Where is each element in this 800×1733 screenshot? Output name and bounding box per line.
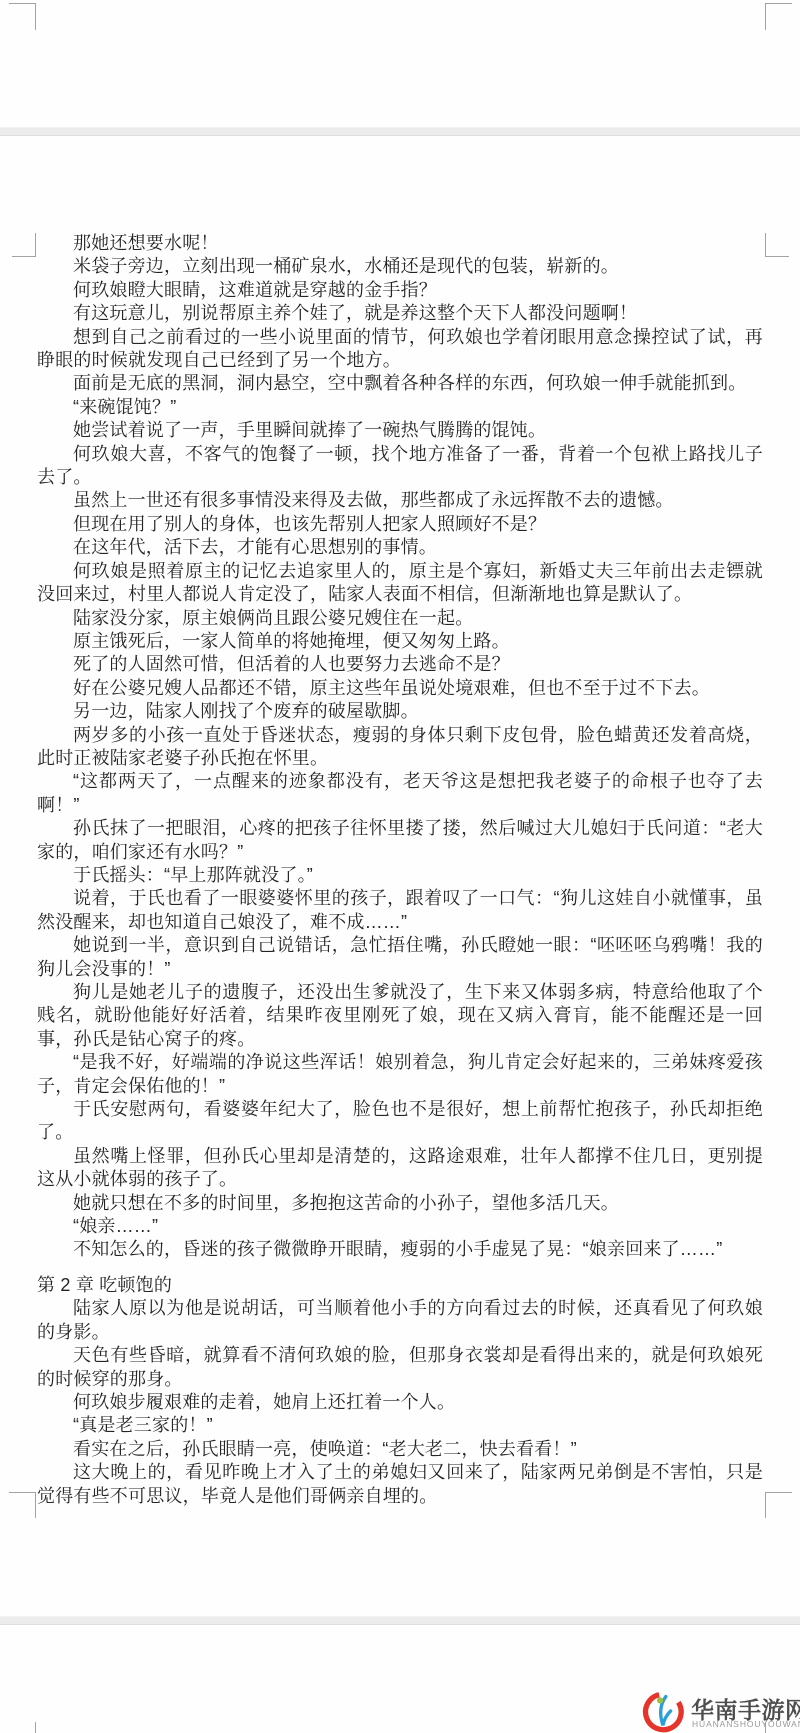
paragraph: 何玖娘是照着原主的记忆去追家里人的，原主是个寡妇，新婚丈夫三年前出去走镖就没回来… (37, 560, 763, 607)
paragraph: “来碗馄饨？” (37, 396, 763, 419)
paragraph: 狗儿是她老儿子的遗腹子，还没出生爹就没了，生下来又体弱多病，特意给他取了个贱名，… (37, 981, 763, 1051)
paragraph: 何玖娘瞪大眼睛，这难道就是穿越的金手指？ (37, 279, 763, 302)
paragraph: 两岁多的小孩一直处于昏迷状态，瘦弱的身体只剩下皮包骨，脸色蜡黄还发着高烧，此时正… (37, 724, 763, 771)
crop-mark (35, 1722, 36, 1733)
paragraph: 有这玩意儿，别说帮原主养个娃了，就是养这整个天下人都没问题啊！ (37, 302, 763, 325)
paragraph: 何玖娘步履艰难的走着，她肩上还扛着一个人。 (37, 1391, 763, 1414)
paragraph: 好在公婆兄嫂人品都还不错，原主这些年虽说处境艰难，但也不至于过不下去。 (37, 677, 763, 700)
paragraph: 虽然上一世还有很多事情没来得及去做，那些都成了永远挥散不去的遗憾。 (37, 489, 763, 512)
novel-text: 那她还想要水呢！米袋子旁边，立刻出现一桶矿泉水，水桶还是现代的包装，崭新的。何玖… (37, 232, 763, 1508)
paragraph: 陆家人原以为他是说胡话，可当顺着他小手的方向看过去的时候，还真看见了何玖娘的身影… (37, 1297, 763, 1344)
crop-mark (765, 1492, 766, 1518)
page-break-band (0, 127, 800, 136)
paragraph: 看实在之后，孙氏眼睛一亮，使唤道：“老大老二，快去看看！” (37, 1438, 763, 1461)
crop-mark (765, 1492, 792, 1493)
chapter-heading: 第 2 章 吃顿饱的 (37, 1274, 763, 1297)
crop-mark (9, 1492, 36, 1493)
paragraph: 于氏摇头：“早上那阵就没了。” (37, 864, 763, 887)
paragraph: 何玖娘大喜，不客气的饱餐了一顿，找个地方准备了一番，背着一个包袱上路找儿子去了。 (37, 443, 763, 490)
paragraph: “这都两天了，一点醒来的迹象都没有，老天爷这是想把我老婆子的命根子也夺了去啊！” (37, 770, 763, 817)
paragraph: “娘亲……” (37, 1215, 763, 1238)
page-break-band (0, 1616, 800, 1625)
paragraph: 想到自己之前看过的一些小说里面的情节，何玖娘也学着闭眼用意念操控试了试，再睁眼的… (37, 326, 763, 373)
crop-mark (9, 3, 36, 4)
crop-mark (35, 233, 36, 257)
paragraph: 面前是无底的黑洞，洞内悬空，空中飘着各种各样的东西，何玖娘一伸手就能抓到。 (37, 372, 763, 395)
site-name-latin: HUANANSHOUYOUWANG (692, 1719, 800, 1729)
crop-mark (35, 1492, 36, 1518)
paragraph: “真是老三家的！” (37, 1414, 763, 1437)
paragraph: 于氏安慰两句，看婆婆年纪大了，脸色也不是很好，想上前帮忙抱孩子，孙氏却拒绝了。 (37, 1098, 763, 1145)
paragraph: 她就只想在不多的时间里，多抱抱这苦命的小孙子，望他多活几天。 (37, 1192, 763, 1215)
paragraph: 陆家没分家，原主娘俩尚且跟公婆兄嫂住在一起。 (37, 607, 763, 630)
paragraph: 但现在用了别人的身体，也该先帮别人把家人照顾好不是？ (37, 513, 763, 536)
crop-mark (12, 256, 36, 257)
paragraph: 死了的人固然可惜，但活着的人也要努力去逃命不是？ (37, 653, 763, 676)
crop-mark (765, 3, 792, 4)
paragraph: 另一边，陆家人刚找了个废弃的破屋歇脚。 (37, 700, 763, 723)
paragraph: 说着，于氏也看了一眼婆婆怀里的孩子，跟着叹了一口气：“狗儿这娃自小就懂事，虽然没… (37, 887, 763, 934)
paragraph: 孙氏抹了一把眼泪，心疼的把孩子往怀里搂了搂，然后喊过大儿媳妇于氏问道：“老大家的… (37, 817, 763, 864)
paragraph: 在这年代，活下去，才能有心思想别的事情。 (37, 536, 763, 559)
paragraph: 她尝试着说了一声，手里瞬间就捧了一碗热气腾腾的馄饨。 (37, 419, 763, 442)
paragraph: 这大晚上的，看见昨晚上才入了土的弟媳妇又回来了，陆家两兄弟倒是不害怕，只是觉得有… (37, 1461, 763, 1508)
paragraph: 原主饿死后，一家人简单的将她掩埋，便又匆匆上路。 (37, 630, 763, 653)
crop-mark (765, 233, 766, 257)
paragraph: 她说到一半，意识到自己说错话，急忙捂住嘴，孙氏瞪她一眼：“呸呸呸乌鸦嘴！我的狗儿… (37, 934, 763, 981)
paragraph: 天色有些昏暗，就算看不清何玖娘的脸，但那身衣裳却是看得出来的，就是何玖娘死的时候… (37, 1344, 763, 1391)
site-logo-icon (637, 1688, 687, 1733)
crop-mark (765, 256, 789, 257)
site-watermark: 华南手游网 HUANANSHOUYOUWANG (637, 1686, 800, 1733)
paragraph: 不知怎么的，昏迷的孩子微微睁开眼睛，瘦弱的小手虚晃了晃：“娘亲回来了……” (37, 1238, 763, 1261)
paragraph: 那她还想要水呢！ (37, 232, 763, 255)
crop-mark (35, 3, 36, 30)
paragraph: 米袋子旁边，立刻出现一桶矿泉水，水桶还是现代的包装，崭新的。 (37, 255, 763, 278)
paragraph: “是我不好，好端端的净说这些浑话！娘别着急，狗儿肯定会好起来的，三弟妹疼爱孩子，… (37, 1051, 763, 1098)
crop-mark (765, 3, 766, 30)
paragraph: 虽然嘴上怪罪，但孙氏心里却是清楚的，这路途艰难，壮年人都撑不住几日，更别提这从小… (37, 1145, 763, 1192)
